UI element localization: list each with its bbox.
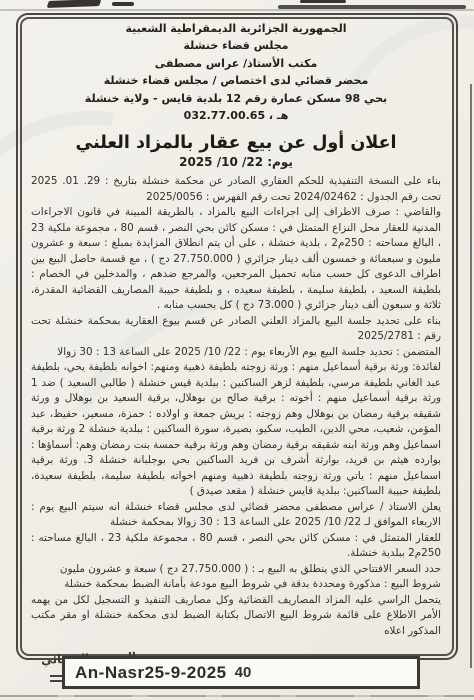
paragraph-session-ref: بناء على تحديد جلسة البيع بالمزاد العلني…: [31, 314, 441, 345]
scan-artifact: [300, 0, 346, 3]
scan-artifact: [47, 0, 102, 8]
newspaper-footer: An-Nasr25-9-2025 40: [62, 656, 420, 689]
paragraph-parties: لفائدة: ورثة برقية أسماعيل منهم : ورثة ز…: [31, 360, 441, 500]
paragraph-sale-conditions: شروط البيع : مذكورة ومحددة بدقة في شروط …: [31, 577, 441, 593]
header-line-council: مجلس قضاء خنشلة: [31, 37, 441, 54]
header-line-office: مكتب الأستاذ/ عراس مصطفى: [31, 55, 441, 72]
paragraph-fees-info: يتحمل الراسي عليه المزاد المصاريف القضائ…: [31, 593, 441, 640]
footer-tick-mark: [50, 675, 62, 677]
header-line-bailiff: محضر قضائي لدى اختصاص / مجلس قضاء خنشلة: [31, 72, 441, 89]
paragraph-session-date: المتضمن : تحديد جلسة البيع يوم الأربعاء …: [31, 345, 441, 361]
paragraph-announcement: يعلن الاستاذ / عراس مصطفى محضر قضائي لدى…: [31, 500, 441, 531]
footer-tick-mark: [50, 680, 62, 682]
paragraph-judgment: والقاضي : صرف الاطراف إلى اجراءات البيع …: [31, 205, 441, 314]
bottom-rule: [0, 695, 474, 697]
header-line-republic: الجمهورية الجزائرية الديمقراطية الشعبية: [31, 20, 441, 37]
notice-date: يوم: 22/ 10/ 2025: [31, 155, 441, 169]
header-line-phone: هـ ، 032.77.00.65: [31, 107, 441, 124]
scan-artifact: [112, 2, 134, 6]
header-line-address: بحي 98 مسكن عمارة رقم 12 بلدية قايس - ول…: [31, 90, 441, 107]
auction-notice: الجمهورية الجزائرية الديمقراطية الشعبية …: [31, 20, 441, 652]
notice-header: الجمهورية الجزائرية الديمقراطية الشعبية …: [31, 20, 441, 124]
paragraph-property: للعقار المتمثل في : مسكن كائن بحي النصر …: [31, 531, 441, 562]
column-separator-line: [470, 84, 472, 668]
notice-body: بناء على النسخة التنفيذية للحكم العقاري …: [31, 174, 441, 639]
page-number: 40: [235, 664, 252, 681]
paragraph-execution-copy: بناء على النسخة التنفيذية للحكم العقاري …: [31, 174, 441, 205]
scanned-newspaper-clipping: الجمهورية الجزائرية الديمقراطية الشعبية …: [0, 0, 474, 700]
paragraph-opening-price: حدد السعر الافتتاحي الذي ينطلق به البيع …: [31, 562, 441, 578]
scan-artifact: [0, 9, 474, 11]
notice-title: اعلان أول عن بيع عقار بالمزاد العلني: [31, 133, 441, 153]
newspaper-source-date: An-Nasr25-9-2025: [65, 663, 235, 683]
